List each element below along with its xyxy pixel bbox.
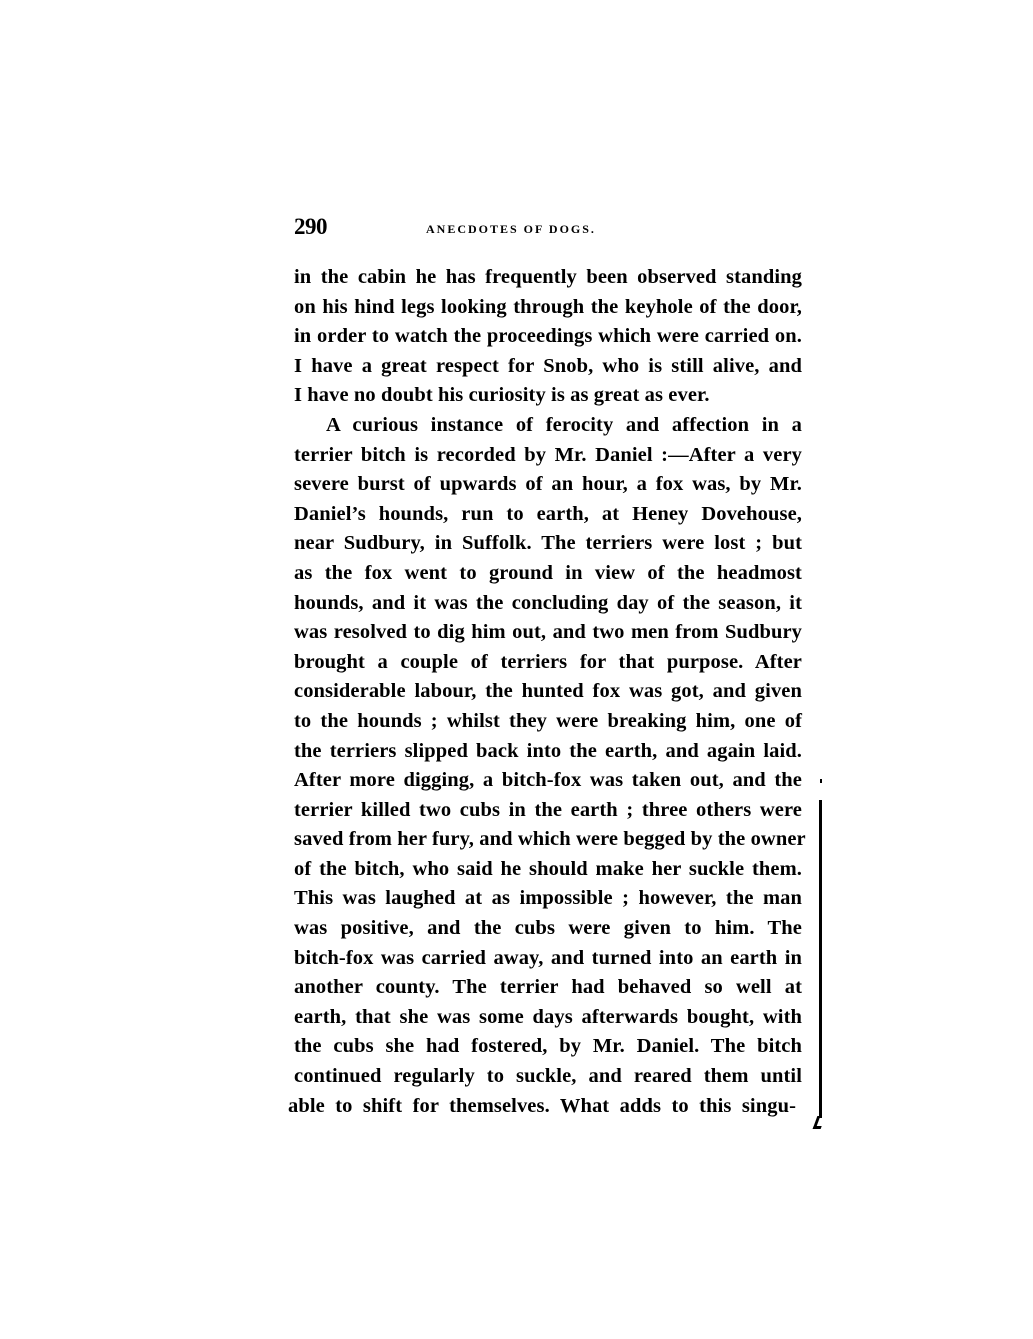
text-line: terrier bitch is recorded by Mr. Daniel … (294, 441, 802, 471)
page-header: 290 ANECDOTES OF DOGS. (294, 214, 800, 244)
text-line: I have no doubt his curiosity is as grea… (294, 381, 802, 411)
text-line: was positive, and the cubs were given to… (294, 914, 802, 944)
body-text: in the cabin he has frequently been obse… (294, 263, 802, 1121)
text-line: to the hounds ; whilst they were breakin… (294, 707, 802, 737)
text-line: of the bitch, who said he should make he… (294, 855, 802, 885)
page-number: 290 (294, 214, 327, 240)
text-line: on his hind legs looking through the key… (294, 293, 802, 323)
book-page: 290 ANECDOTES OF DOGS. in the cabin he h… (0, 0, 1033, 1339)
text-line: the cubs she had fostered, by Mr. Daniel… (294, 1032, 802, 1062)
text-line: I have a great respect for Snob, who is … (294, 352, 802, 382)
text-line: another county. The terrier had behaved … (294, 973, 802, 1003)
text-line: brought a couple of terriers for that pu… (294, 648, 802, 678)
text-line: near Sudbury, in Suffolk. The terriers w… (294, 529, 802, 559)
text-line: as the fox went to ground in view of the… (294, 559, 802, 589)
text-line: continued regularly to suckle, and reare… (294, 1062, 802, 1092)
text-line: bitch-fox was carried away, and turned i… (294, 944, 802, 974)
text-line: terrier killed two cubs in the earth ; t… (294, 796, 802, 826)
text-line: This was laughed at as impossible ; howe… (294, 884, 802, 914)
text-line: considerable labour, the hunted fox was … (294, 677, 802, 707)
text-line: was resolved to dig him out, and two men… (294, 618, 802, 648)
text-line: Daniel’s hounds, run to earth, at Heney … (294, 500, 802, 530)
text-line: able to shift for themselves. What adds … (288, 1092, 796, 1122)
text-line: in the cabin he has frequently been obse… (294, 263, 802, 293)
text-line: earth, that she was some days afterwards… (294, 1003, 802, 1033)
text-line: saved from her fury, and which were begg… (294, 825, 802, 855)
page-edge-shadow (819, 800, 822, 1118)
text-line: hounds, and it was the concluding day of… (294, 589, 802, 619)
scan-artifact-dot (820, 779, 822, 783)
text-line: After more digging, a bitch-fox was take… (294, 766, 802, 796)
paragraph-start-line: A curious instance of ferocity and affec… (294, 411, 802, 441)
running-head: ANECDOTES OF DOGS. (426, 222, 596, 237)
page-edge-curl (813, 1116, 826, 1129)
text-line: in order to watch the proceedings which … (294, 322, 802, 352)
text-line: severe burst of upwards of an hour, a fo… (294, 470, 802, 500)
text-line: the terriers slipped back into the earth… (294, 737, 802, 767)
